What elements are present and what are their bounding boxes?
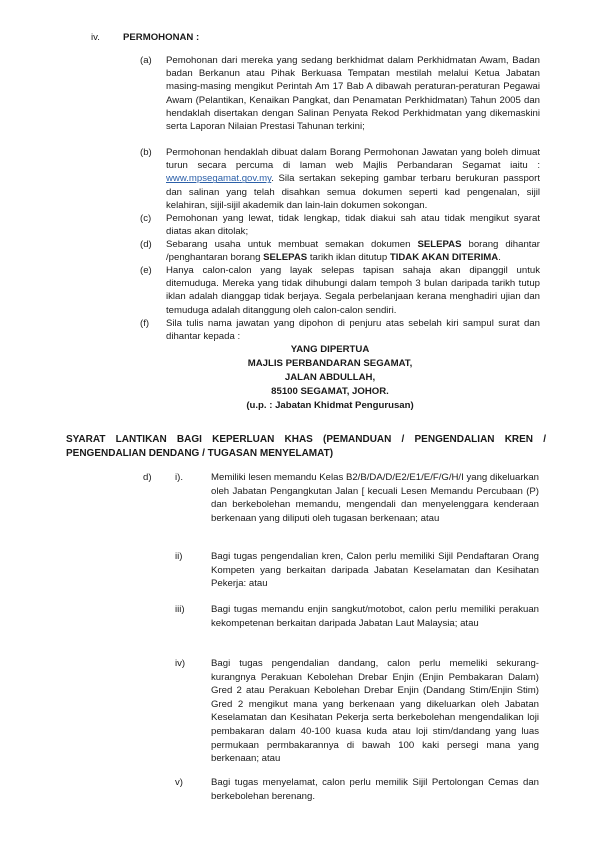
special-item-label-v: v) — [175, 776, 183, 789]
special-item-text-iv: Bagi tugas pengendalian dandang, calon p… — [211, 657, 539, 766]
item-text-d-part4: . — [498, 252, 501, 263]
address-line: YANG DIPERTUA — [200, 343, 460, 357]
item-text-d: Sebarang usaha untuk membuat semakan dok… — [166, 238, 540, 264]
address-line: MAJLIS PERBANDARAN SEGAMAT, — [200, 357, 460, 371]
section-number: iv. — [91, 31, 100, 44]
special-item-text-iii: Bagi tugas memandu enjin sangkut/motobot… — [211, 603, 539, 630]
special-item-label-iii: iii) — [175, 603, 185, 616]
item-text-d-part1: Sebarang usaha untuk membuat semakan dok… — [166, 239, 417, 250]
special-item-text-v: Bagi tugas menyelamat, calon perlu memil… — [211, 776, 539, 803]
item-text-a: Pemohonan dari mereka yang sedang berkhi… — [166, 54, 540, 133]
item-label-c: (c) — [140, 212, 151, 225]
address-line: (u.p. : Jabatan Khidmat Pengurusan) — [200, 399, 460, 413]
item-label-b: (b) — [140, 146, 152, 159]
address-block: YANG DIPERTUA MAJLIS PERBANDARAN SEGAMAT… — [200, 343, 460, 413]
special-label-d: d) — [143, 471, 152, 484]
item-text-c: Pemohonan yang lewat, tidak lengkap, tid… — [166, 212, 540, 238]
special-requirements-heading: SYARAT LANTIKAN BAGI KEPERLUAN KHAS (PEM… — [66, 433, 546, 461]
item-label-e: (e) — [140, 264, 152, 277]
item-text-b-before: Permohonan hendaklah dibuat dalam Borang… — [166, 147, 540, 171]
item-text-b: Permohonan hendaklah dibuat dalam Borang… — [166, 146, 540, 212]
item-label-f: (f) — [140, 317, 149, 330]
special-item-label-i: i). — [175, 471, 183, 484]
item-text-e: Hanya calon-calon yang layak selepas tap… — [166, 264, 540, 317]
special-item-text-i: Memiliki lesen memandu Kelas B2/B/DA/D/E… — [211, 471, 539, 525]
item-text-d-part3: tarikh iklan ditutup — [307, 252, 390, 263]
address-line: JALAN ABDULLAH, — [200, 371, 460, 385]
address-line: 85100 SEGAMAT, JOHOR. — [200, 385, 460, 399]
section-title: PERMOHONAN : — [123, 31, 199, 44]
special-item-text-ii: Bagi tugas pengendalian kren, Calon perl… — [211, 550, 539, 591]
item-label-d: (d) — [140, 238, 152, 251]
website-link[interactable]: www.mpsegamat.gov.my — [166, 173, 271, 184]
item-text-d-bold3: TIDAK AKAN DITERIMA — [390, 252, 498, 263]
special-item-label-iv: iv) — [175, 657, 185, 670]
special-item-label-ii: ii) — [175, 550, 182, 563]
item-text-f: Sila tulis nama jawatan yang dipohon di … — [166, 317, 540, 343]
item-text-d-bold1: SELEPAS — [417, 239, 461, 250]
item-text-d-bold2: SELEPAS — [263, 252, 307, 263]
item-label-a: (a) — [140, 54, 152, 67]
